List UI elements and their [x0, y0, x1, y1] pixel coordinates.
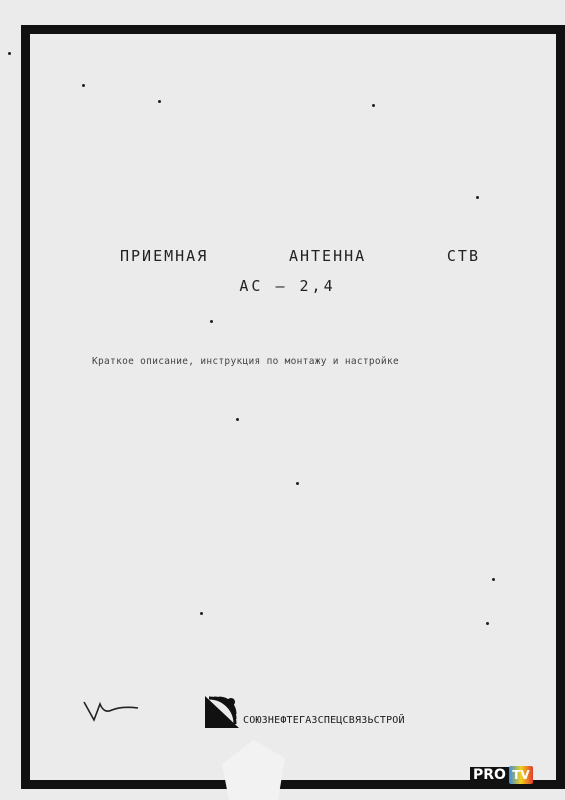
document-subtitle: Краткое описание, инструкция по монтажу … [92, 356, 399, 367]
watermark-pro: PRO [470, 767, 509, 783]
speck [296, 482, 299, 485]
title-word-2: АНТЕННА [289, 247, 366, 265]
watermark-tv: TV [509, 766, 533, 784]
page-border-frame [21, 25, 565, 789]
speck [8, 52, 11, 55]
speck [200, 612, 203, 615]
signature [82, 698, 142, 728]
speck [210, 320, 213, 323]
speck [492, 578, 495, 581]
title-word-1: ПРИЕМНАЯ [120, 247, 208, 265]
organization-name: СОЮЗНЕФТЕГАЗСПЕЦСВЯЗЬСТРОЙ [243, 715, 405, 726]
speck [476, 196, 479, 199]
document-title: ПРИЕМНАЯ АНТЕННА СТВ [120, 247, 480, 265]
radio-waves-icon [205, 696, 239, 728]
speck [486, 622, 489, 625]
scanned-page: ПРИЕМНАЯ АНТЕННА СТВ АС — 2,4 Краткое оп… [0, 0, 565, 800]
speck [372, 104, 375, 107]
protv-watermark: PRO TV [470, 766, 533, 784]
model-designation: АС — 2,4 [0, 277, 565, 295]
speck [158, 100, 161, 103]
speck [82, 84, 85, 87]
title-word-3: СТВ [447, 247, 480, 265]
speck [236, 418, 239, 421]
